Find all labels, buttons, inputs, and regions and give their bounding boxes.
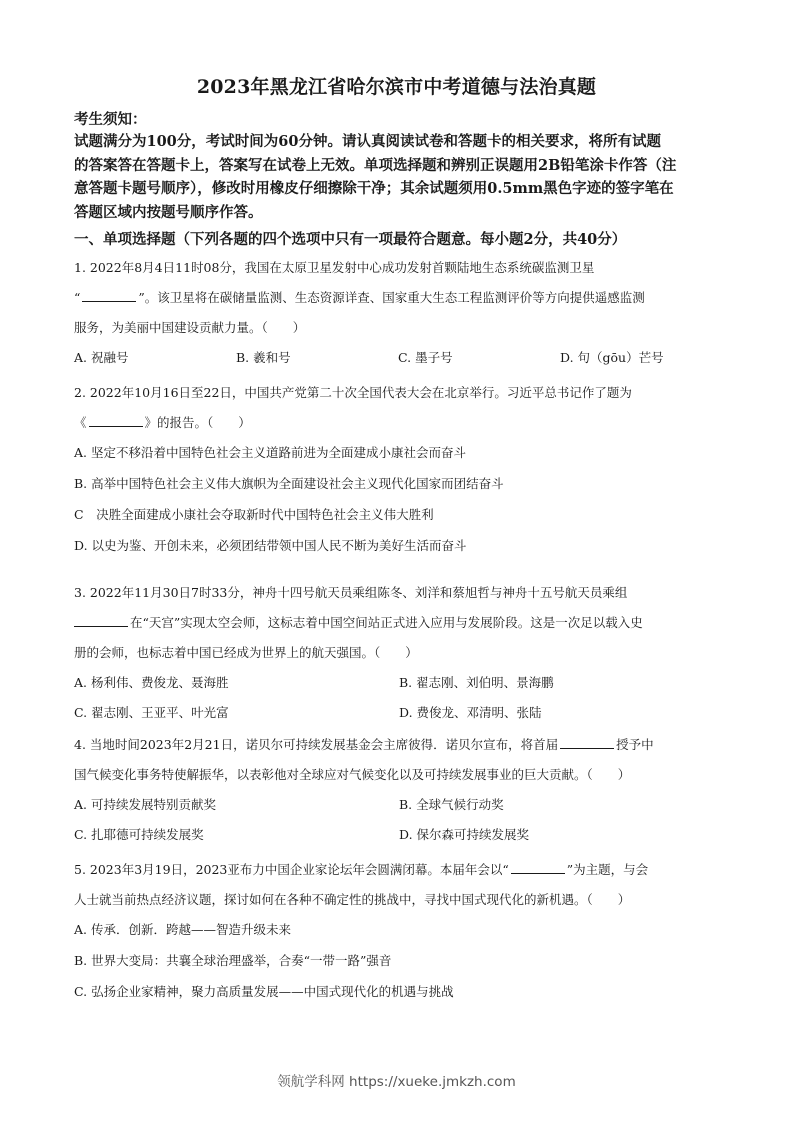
question-1: 1. 2022年8月4日11时08分，我国在太原卫星发射中心成功发射首颗陆地生态… [74,253,724,373]
question-text: 3. 2022年11月30日7时33分，神舟十四号航天员乘组陈冬、刘洋和蔡旭哲与… [74,585,627,600]
section-heading: 一、单项选择题（下列各题的四个选项中只有一项最符合题意。每小题2分，共40分） [74,228,734,249]
question-text: 4. 当地时间2023年2月21日，诺贝尔可持续发展基金会主席彼得．诺贝尔宣布，… [74,737,558,752]
question-line: 册的会师，也标志着中国已经成为世界上的航天强国。（ ） [74,638,724,668]
fill-blank [511,859,565,874]
footer-watermark: 领航学科网 https://xueke.jmkzh.com [0,1070,793,1090]
notice-line: 意答题卡题号顺序），修改时用橡皮仔细擦除干净；其余试题须用0.5mm黑色字迹的签… [74,177,724,201]
question-text: 1. 2022年8月4日11时08分，我国在太原卫星发射中心成功发射首颗陆地生态… [74,260,594,275]
question-2: 2. 2022年10月16日至22日，中国共产党第二十次全国代表大会在北京举行。… [74,378,724,562]
question-text: ”为主题，与会 [567,862,648,877]
question-3: 3. 2022年11月30日7时33分，神舟十四号航天员乘组陈冬、刘洋和蔡旭哲与… [74,578,724,728]
option-d: D. 费俊龙、邓清明、张陆 [399,698,724,728]
notice-line: 答题区域内按题号顺序作答。 [74,201,724,225]
options-row: C. 翟志刚、王亚平、叶光富 D. 费俊龙、邓清明、张陆 [74,698,724,728]
question-line: 《》的报告。（ ） [74,408,724,438]
question-text: 2. 2022年10月16日至22日，中国共产党第二十次全国代表大会在北京举行。… [74,385,632,400]
option-c: C. 翟志刚、王亚平、叶光富 [74,698,399,728]
options-row: A. 可持续发展特别贡献奖 B. 全球气候行动奖 [74,790,724,820]
question-line: 5. 2023年3月19日，2023亚布力中国企业家论坛年会圆满闭幕。本届年会以… [74,855,724,885]
question-text: 册的会师，也标志着中国已经成为世界上的航天强国。（ ） [74,645,418,660]
option-c: C 决胜全面建成小康社会夺取新时代中国特色社会主义伟大胜利 [74,500,724,531]
notice-line: 试题满分为100分，考试时间为60分钟。请认真阅读试卷和答题卡的相关要求，将所有… [74,130,724,154]
option-b: B. 世界大变局：共襄全球治理盛举，合奏“一带一路”强音 [74,946,724,977]
question-line: 4. 当地时间2023年2月21日，诺贝尔可持续发展基金会主席彼得．诺贝尔宣布，… [74,730,724,760]
question-text: 在“天宫”实现太空会师，这标志着中国空间站正式进入应用与发展阶段。这是一次足以载… [130,615,643,630]
notice-heading: 考生须知： [74,108,147,129]
question-text: 服务，为美丽中国建设贡献力量。（ ） [74,320,305,335]
option-a: A. 杨利伟、费俊龙、聂海胜 [74,668,399,698]
question-line: 国气候变化事务特使解振华，以表彰他对全球应对气候变化以及可持续发展事业的巨大贡献… [74,760,724,790]
options-row: C. 扎耶德可持续发展奖 D. 保尔森可持续发展奖 [74,820,724,850]
option-c: C. 墨子号 [398,343,560,373]
fill-blank [560,734,614,749]
option-a: A. 传承．创新．跨越——智造升级未来 [74,915,724,946]
option-a: A. 可持续发展特别贡献奖 [74,790,399,820]
question-line: 在“天宫”实现太空会师，这标志着中国空间站正式进入应用与发展阶段。这是一次足以载… [74,608,724,638]
question-line: 2. 2022年10月16日至22日，中国共产党第二十次全国代表大会在北京举行。… [74,378,724,408]
question-4: 4. 当地时间2023年2月21日，诺贝尔可持续发展基金会主席彼得．诺贝尔宣布，… [74,730,724,850]
question-text: “ [74,290,80,305]
option-c: C. 扎耶德可持续发展奖 [74,820,399,850]
question-text: 授予中 [616,737,654,752]
question-text: 国气候变化事务特使解振华，以表彰他对全球应对气候变化以及可持续发展事业的巨大贡献… [74,767,630,782]
question-text: ”。该卫星将在碳储量监测、生态资源详查、国家重大生态工程监测评价等方向提供遥感监… [138,290,644,305]
fill-blank [74,612,128,627]
question-5: 5. 2023年3月19日，2023亚布力中国企业家论坛年会圆满闭幕。本届年会以… [74,855,724,1008]
question-text: 》的报告。（ ） [145,415,251,430]
options-row: A. 杨利伟、费俊龙、聂海胜 B. 翟志刚、刘伯明、景海鹏 [74,668,724,698]
question-line: “”。该卫星将在碳储量监测、生态资源详查、国家重大生态工程监测评价等方向提供遥感… [74,283,724,313]
question-line: 服务，为美丽中国建设贡献力量。（ ） [74,313,724,343]
option-a: A. 祝融号 [74,343,236,373]
question-text: 《 [74,415,87,430]
fill-blank [89,412,143,427]
notice-line: 的答案答在答题卡上，答案写在试卷上无效。单项选择题和辨别正误题用2B铅笔涂卡作答… [74,154,724,178]
notice-body: 试题满分为100分，考试时间为60分钟。请认真阅读试卷和答题卡的相关要求，将所有… [74,130,724,224]
option-b: B. 高举中国特色社会主义伟大旗帜为全面建设社会主义现代化国家而团结奋斗 [74,469,724,500]
option-d: D. 以史为鉴、开创未来，必须团结带领中国人民不断为美好生活而奋斗 [74,531,724,562]
question-line: 3. 2022年11月30日7时33分，神舟十四号航天员乘组陈冬、刘洋和蔡旭哲与… [74,578,724,608]
option-b: B. 翟志刚、刘伯明、景海鹏 [399,668,724,698]
question-text: 5. 2023年3月19日，2023亚布力中国企业家论坛年会圆满闭幕。本届年会以… [74,862,509,877]
option-b: B. 全球气候行动奖 [399,790,724,820]
option-b: B. 羲和号 [236,343,398,373]
fill-blank [82,287,136,302]
option-c: C. 弘扬企业家精神，聚力高质量发展——中国式现代化的机遇与挑战 [74,977,724,1008]
exam-page: 2023年黑龙江省哈尔滨市中考道德与法治真题 考生须知： 试题满分为100分，考… [0,0,793,1122]
options-row: A. 祝融号 B. 羲和号 C. 墨子号 D. 句（gōu）芒号 [74,343,724,373]
document-title: 2023年黑龙江省哈尔滨市中考道德与法治真题 [0,72,793,99]
option-a: A. 坚定不移沿着中国特色社会主义道路前进为全面建成小康社会而奋斗 [74,438,724,469]
question-line: 人士就当前热点经济议题，探讨如何在各种不确定性的挑战中，寻找中国式现代化的新机遇… [74,885,724,915]
question-text: 人士就当前热点经济议题，探讨如何在各种不确定性的挑战中，寻找中国式现代化的新机遇… [74,892,630,907]
question-line: 1. 2022年8月4日11时08分，我国在太原卫星发射中心成功发射首颗陆地生态… [74,253,724,283]
option-d: D. 保尔森可持续发展奖 [399,820,724,850]
option-d: D. 句（gōu）芒号 [560,343,722,373]
